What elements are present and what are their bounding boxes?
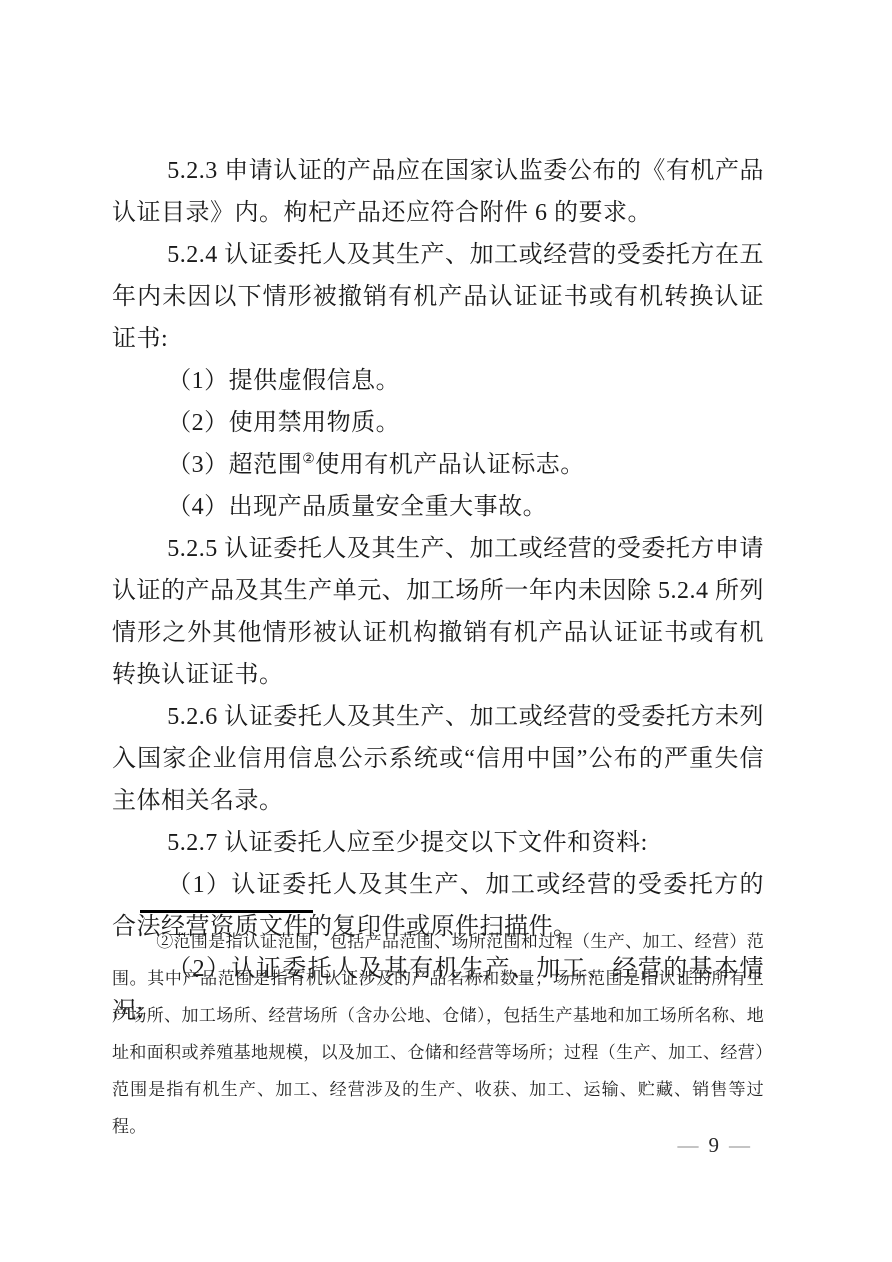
list-item-4: （4）出现产品质量安全重大事故。 — [112, 486, 764, 528]
page-number-value: 9 — [709, 1133, 720, 1157]
page-number-dash-left: — — [678, 1133, 699, 1157]
paragraph-5-2-3: 5.2.3 申请认证的产品应在国家认监委公布的《有机产品认证目录》内。枸杞产品还… — [112, 150, 764, 234]
page-number: —9— — [678, 1131, 751, 1159]
list-item-3: （3）超范围②使用有机产品认证标志。 — [112, 444, 764, 486]
paragraph-5-2-5: 5.2.5 认证委托人及其生产、加工或经营的受委托方申请认证的产品及其生产单元、… — [112, 528, 764, 696]
footnote-separator-line — [140, 910, 313, 913]
document-body: 5.2.3 申请认证的产品应在国家认监委公布的《有机产品认证目录》内。枸杞产品还… — [112, 150, 764, 1032]
paragraph-5-2-6: 5.2.6 认证委托人及其生产、加工或经营的受委托方未列入国家企业信用信息公示系… — [112, 696, 764, 822]
footnote-section: ②范围是指认证范围，包括产品范围、场所范围和过程（生产、加工、经营）范围。其中产… — [112, 910, 764, 1145]
list-item-3-suffix: 使用有机产品认证标志。 — [315, 452, 585, 478]
list-item-2: （2）使用禁用物质。 — [112, 402, 764, 444]
footnote-text: ②范围是指认证范围，包括产品范围、场所范围和过程（生产、加工、经营）范围。其中产… — [112, 923, 764, 1145]
page-number-dash-right: — — [729, 1133, 750, 1157]
list-item-1: （1）提供虚假信息。 — [112, 360, 764, 402]
footnote-reference-mark: ② — [302, 452, 315, 467]
paragraph-5-2-4: 5.2.4 认证委托人及其生产、加工或经营的受委托方在五年内未因以下情形被撤销有… — [112, 234, 764, 360]
paragraph-5-2-7: 5.2.7 认证委托人应至少提交以下文件和资料: — [112, 822, 764, 864]
list-item-3-prefix: （3）超范围 — [167, 452, 302, 478]
document-page: 5.2.3 申请认证的产品应在国家认监委公布的《有机产品认证目录》内。枸杞产品还… — [0, 0, 892, 1262]
